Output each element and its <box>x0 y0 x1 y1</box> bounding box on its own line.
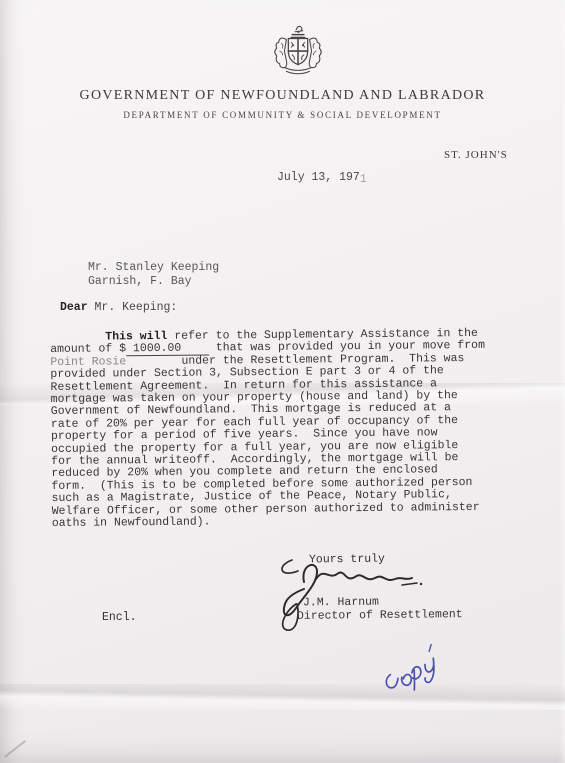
paper-crease-bottom <box>0 684 565 710</box>
corner-fold-mark <box>4 740 26 758</box>
salutation-rest: Mr. Keeping: <box>88 301 178 314</box>
body-line: oaths in Newfoundland). <box>52 514 512 531</box>
salutation: Dear Mr. Keeping: <box>60 301 177 314</box>
enclosure-note: Encl. <box>102 611 137 624</box>
letterhead-city: ST. JOHN'S <box>444 149 508 161</box>
scanned-letter-page: GOVERNMENT OF NEWFOUNDLAND AND LABRADOR … <box>0 0 565 763</box>
letterhead-government-title: GOVERNMENT OF NEWFOUNDLAND AND LABRADOR <box>0 88 565 104</box>
valediction: Yours truly <box>309 553 385 567</box>
salutation-lead: Dear <box>60 301 88 314</box>
letter-date-faint-digit: 1 <box>360 173 367 186</box>
signer-title: Director of Resettlement <box>297 608 463 623</box>
coat-of-arms-icon <box>269 23 327 83</box>
recipient-address: Garnish, F. Bay <box>88 275 219 289</box>
letter-body: This will refer to the Supplementary Ass… <box>50 328 512 531</box>
copy-annotation <box>369 638 453 703</box>
letter-date: July 13, 1971 <box>277 171 367 184</box>
signer-name: J.M. Harnum <box>303 596 379 610</box>
recipient-block: Mr. Stanley Keeping Garnish, F. Bay <box>88 261 219 288</box>
recipient-name: Mr. Stanley Keeping <box>88 261 219 275</box>
letterhead-department-title: DEPARTMENT OF COMMUNITY & SOCIAL DEVELOP… <box>0 110 565 120</box>
letter-date-text: July 13, 197 <box>277 171 360 184</box>
